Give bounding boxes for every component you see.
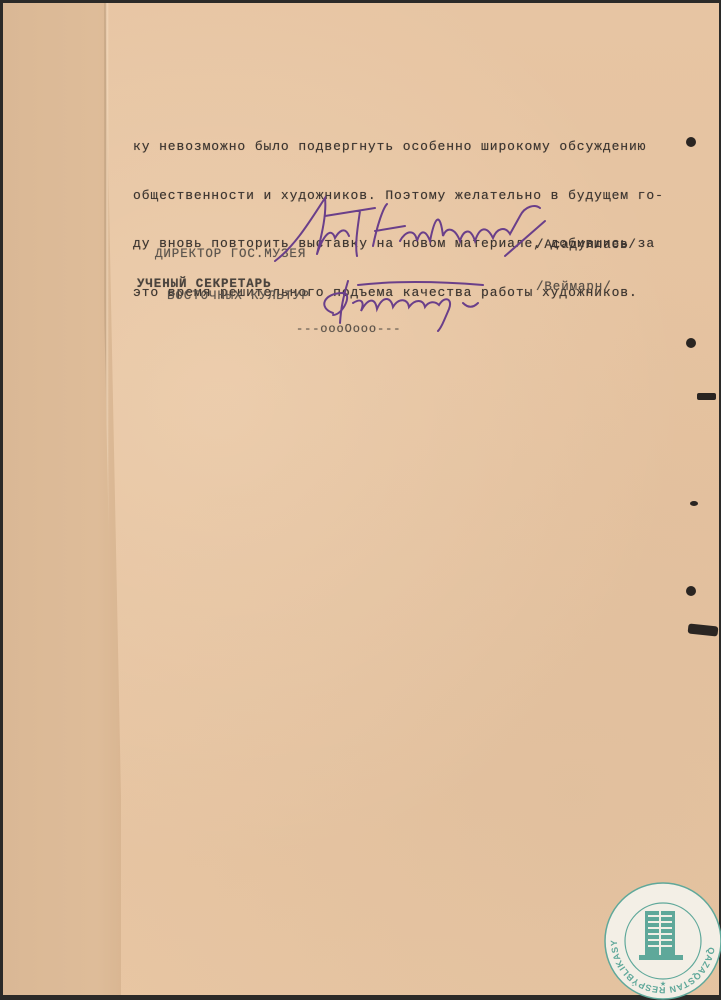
body-line: ку невозможно было подвергнуть особенно … [133,139,664,156]
binder-hole [686,586,696,596]
secretary-title: УЧЕНЫЙ СЕКРЕТАРЬ [137,276,271,292]
end-ornament: ---oooOooo--- [296,321,401,337]
document-page: ку невозможно было подвергнуть особенно … [3,3,719,995]
director-title-line1: ДИРЕКТОР ГОС.МУЗЕЯ [155,247,310,261]
archive-stamp: QAZAQSTAN RESPÝBLIKASY PREZIDENTINIŃ ARH… [603,881,721,1000]
secretary-name: /Веймарн/ [536,279,612,295]
body-line: общественности и художников. Поэтому жел… [133,188,664,205]
svg-text:★: ★ [660,980,666,988]
director-title: ДИРЕКТОР ГОС.МУЗЕЯ ВОСТОЧНЫХ КУЛЬТУР [155,219,310,331]
binder-hole [686,338,696,348]
binder-hole [686,137,696,147]
binder-tear [688,623,719,636]
binder-hole [690,501,698,506]
director-name: /Асадуллаев/ [536,237,637,253]
binder-tear [697,393,716,400]
